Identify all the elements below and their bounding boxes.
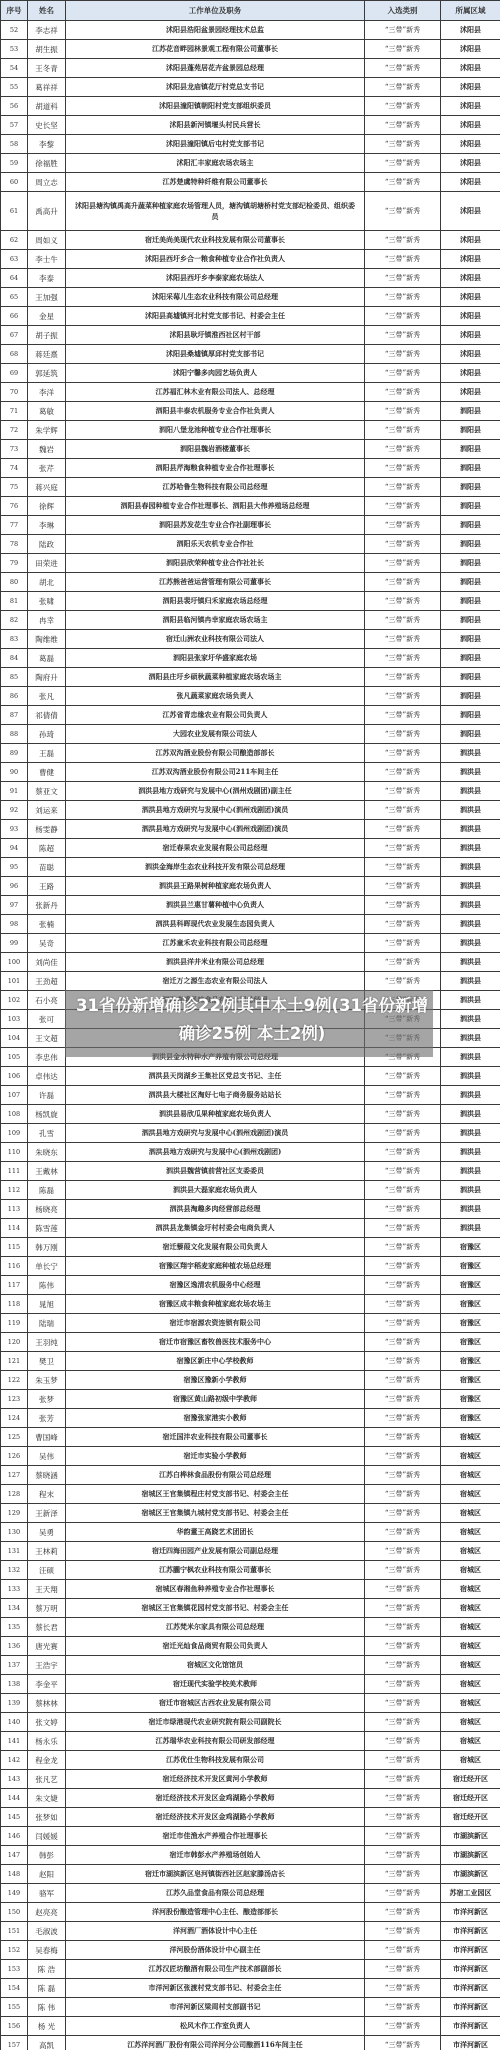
- table-row: 71葛敏泗阳县丰泰农机服务专业合作社负责人“三带”新秀泗阳县: [1, 402, 500, 421]
- area-cell: 宿豫区: [441, 1352, 500, 1371]
- row-number-cell: 97: [1, 896, 28, 915]
- row-number-cell: 102: [1, 991, 28, 1010]
- unit-position-cell: 大园农业发展有限公司法人: [66, 725, 365, 744]
- unit-position-cell: 泗洪县大磊家庭农场负责人: [66, 1181, 365, 1200]
- name-cell: 樊卫: [28, 1352, 66, 1371]
- area-cell: 宿城区: [441, 1504, 500, 1523]
- column-header-area: 所属区域: [441, 1, 500, 21]
- area-cell: 宿豫区: [441, 1371, 500, 1390]
- area-cell: 泗阳县: [441, 535, 500, 554]
- category-cell: “三带”新秀: [365, 1789, 441, 1808]
- category-cell: “三带”新秀: [365, 953, 441, 972]
- category-cell: “三带”新秀: [365, 972, 441, 991]
- name-cell: 陈雪莲: [28, 1219, 66, 1238]
- category-cell: “三带”新秀: [365, 40, 441, 59]
- name-cell: 韩彭: [28, 1846, 66, 1865]
- table-row: 83陶维维宿迁山洲农业科技有限公司法人“三带”新秀泗阳县: [1, 630, 500, 649]
- row-number-cell: 117: [1, 1276, 28, 1295]
- unit-position-cell: 泗洪县地方戏研究与发展中心(泗州戏剧团)演员: [66, 801, 365, 820]
- table-row: 93杨雯静泗洪县地方戏研究与发展中心(泗州戏剧团)演员“三带”新秀泗洪县: [1, 820, 500, 839]
- category-cell: “三带”新秀: [365, 1599, 441, 1618]
- unit-position-cell: 泗洪县魏营镇前营社区支委委员: [66, 1162, 365, 1181]
- row-number-cell: 84: [1, 649, 28, 668]
- name-cell: 杨凯旋: [28, 1105, 66, 1124]
- unit-position-cell: 宿城区春湘鱼种养殖专业合作社理事长: [66, 1580, 365, 1599]
- name-cell: 李琳: [28, 516, 66, 535]
- table-row: 140张文婷宿迁市绿港现代农业研究院有限公司副院长“三带”新秀宿城区: [1, 1713, 500, 1732]
- unit-position-cell: 泗洪县王路果树种植家庭农场负责人: [66, 877, 365, 896]
- category-cell: “三带”新秀: [365, 1162, 441, 1181]
- row-number-cell: 136: [1, 1637, 28, 1656]
- column-header-name: 姓名: [28, 1, 66, 21]
- table-row: 135蔡长君江苏梵米尔家具有限公司总经理“三带”新秀宿城区: [1, 1618, 500, 1637]
- column-header-unit: 工作单位及职务: [66, 1, 365, 21]
- category-cell: “三带”新秀: [365, 421, 441, 440]
- table-row: 127蔡晓涵江苏白桦林食品股份有限公司总经理“三带”新秀宿城区: [1, 1466, 500, 1485]
- area-cell: 苏宿工业园区: [441, 1884, 500, 1903]
- row-number-cell: 131: [1, 1542, 28, 1561]
- category-cell: “三带”新秀: [365, 1238, 441, 1257]
- table-row: 95苗聪泗洪金海岸生态农业科技开发有限公司总经理“三带”新秀泗洪县: [1, 858, 500, 877]
- row-number-cell: 86: [1, 687, 28, 706]
- category-cell: “三带”新秀: [365, 1504, 441, 1523]
- area-cell: 市洋河新区: [441, 2017, 500, 2036]
- row-number-cell: 78: [1, 535, 28, 554]
- table-row: 61禹高升沭阳县塘沟镇禹高升蔬菜种植家庭农场管理人员，塘沟镇胡塘桥村党支部纪检委…: [1, 192, 500, 231]
- area-cell: 沭阳县: [441, 154, 500, 173]
- unit-position-cell: 宿迁万之源生态农业有限公司法人: [66, 972, 365, 991]
- table-row: 132汪硕江苏朧宁枫农业科技有限公司董事长“三带”新秀宿城区: [1, 1561, 500, 1580]
- row-number-cell: 128: [1, 1485, 28, 1504]
- row-number-cell: 104: [1, 1029, 28, 1048]
- name-cell: 张啸: [28, 592, 66, 611]
- table-row: 72朱学辉泗阳八堡龙池种植专业合作社理事长“三带”新秀泗阳县: [1, 421, 500, 440]
- category-cell: “三带”新秀: [365, 497, 441, 516]
- name-cell: 禹高升: [28, 192, 66, 231]
- category-cell: “三带”新秀: [365, 592, 441, 611]
- name-cell: 朱文婕: [28, 1789, 66, 1808]
- area-cell: 泗阳县: [441, 459, 500, 478]
- name-cell: 张梦如: [28, 1808, 66, 1827]
- category-cell: “三带”新秀: [365, 1352, 441, 1371]
- area-cell: 泗洪县: [441, 820, 500, 839]
- name-cell: 周立志: [28, 173, 66, 192]
- area-cell: 宿城区: [441, 1561, 500, 1580]
- area-cell: 宿城区: [441, 1428, 500, 1447]
- area-cell: 泗洪县: [441, 1219, 500, 1238]
- unit-position-cell: 江苏福汇林木业有限公司法人、总经理: [66, 383, 365, 402]
- unit-position-cell: 沭阳县蓬苑居花卉盆景园总经理: [66, 59, 365, 78]
- unit-position-cell: 宿迁市宿豫区畜牧兽医技术服务中心: [66, 1333, 365, 1352]
- area-cell: 宿城区: [441, 1485, 500, 1504]
- area-cell: 泗洪县: [441, 915, 500, 934]
- name-cell: 曹健: [28, 763, 66, 782]
- name-cell: 唐光赛: [28, 1637, 66, 1656]
- name-cell: 杨永乐: [28, 1732, 66, 1751]
- category-cell: “三带”新秀: [365, 1086, 441, 1105]
- row-number-cell: 109: [1, 1124, 28, 1143]
- unit-position-cell: 宿迁市宿城区古西农业发展有限公司: [66, 1694, 365, 1713]
- category-cell: “三带”新秀: [365, 1409, 441, 1428]
- row-number-cell: 113: [1, 1200, 28, 1219]
- unit-position-cell: 泗洪金海岸生态农业科技开发有限公司总经理: [66, 858, 365, 877]
- table-row: 118晁旭宿豫区成丰粮食种植家庭农场农场主“三带”新秀宿豫区: [1, 1295, 500, 1314]
- row-number-cell: 88: [1, 725, 28, 744]
- name-cell: 李泰: [28, 269, 66, 288]
- name-cell: 李忠伟: [28, 1048, 66, 1067]
- table-row: 65王加强沭阳采莓儿生态农业科技有限公司总经理“三带”新秀沭阳县: [1, 288, 500, 307]
- name-cell: 刘运来: [28, 801, 66, 820]
- table-row: 54王冬青沭阳县蓬苑居花卉盆景园总经理“三带”新秀沭阳县: [1, 59, 500, 78]
- table-row: 63李士牛沭阳县西圩乡合一粮食种植专业合作社负责人“三带”新秀沭阳县: [1, 250, 500, 269]
- row-number-cell: 127: [1, 1466, 28, 1485]
- area-cell: 沭阳县: [441, 307, 500, 326]
- name-cell: 卓伟达: [28, 1067, 66, 1086]
- name-cell: 陈 磊: [28, 1979, 66, 1998]
- unit-position-cell: 泗洪县大楼社区淘好七电子商务服务站站长: [66, 1086, 365, 1105]
- category-cell: “三带”新秀: [365, 307, 441, 326]
- name-cell: 许磊: [28, 1086, 66, 1105]
- area-cell: 泗阳县: [441, 440, 500, 459]
- unit-position-cell: 江苏双沟酒业股份有限公司酿造部部长: [66, 744, 365, 763]
- area-cell: 沭阳县: [441, 231, 500, 250]
- unit-position-cell: 沭阳县浩阳盆景园经理技术总监: [66, 21, 365, 40]
- unit-position-cell: 泗洪县地方戏研究与发展中心(泗州戏剧团): [66, 1143, 365, 1162]
- area-cell: 泗洪县: [441, 1181, 500, 1200]
- table-row: 56胡道科沭阳县潼阳镇朝阳村党支部组织委员“三带”新秀沭阳县: [1, 97, 500, 116]
- name-cell: 蒋廷熹: [28, 345, 66, 364]
- table-row: 108杨凯旋泗洪县易欣瓜果种植家庭农场负责人“三带”新秀泗洪县: [1, 1105, 500, 1124]
- row-number-cell: 106: [1, 1067, 28, 1086]
- row-number-cell: 61: [1, 192, 28, 231]
- row-number-cell: 123: [1, 1390, 28, 1409]
- unit-position-cell: 洋河酒厂酒体设计中心主任: [66, 1922, 365, 1941]
- row-number-cell: 134: [1, 1599, 28, 1618]
- table-row: 137王浩宇宿城区文化馆馆员“三带”新秀宿城区: [1, 1656, 500, 1675]
- unit-position-cell: 泗阳县芹海粮食种植专业合作社理事长: [66, 459, 365, 478]
- area-cell: 沭阳县: [441, 269, 500, 288]
- category-cell: “三带”新秀: [365, 269, 441, 288]
- area-cell: 宿城区: [441, 1618, 500, 1637]
- table-row: 153陈 浩江苏汉匠坊酿酒有限公司生产技术部副部长“三带”新秀市洋河新区: [1, 1960, 500, 1979]
- unit-position-cell: 泗洪县地方戏研究与发展中心(泗州戏剧团)演员: [66, 1124, 365, 1143]
- row-number-cell: 144: [1, 1789, 28, 1808]
- category-cell: “三带”新秀: [365, 231, 441, 250]
- category-cell: “三带”新秀: [365, 554, 441, 573]
- name-cell: 韩万刚: [28, 1238, 66, 1257]
- unit-position-cell: 泗阳县庄圩乡硕秋蔬菜种植家庭农场农场主: [66, 668, 365, 687]
- row-number-cell: 110: [1, 1143, 28, 1162]
- unit-position-cell: 江苏花音畔园林景观工程有限公司董事长: [66, 40, 365, 59]
- category-cell: “三带”新秀: [365, 1181, 441, 1200]
- table-row: 69郭延筑沭阳宁馨多肉园艺场负责人“三带”新秀沭阳县: [1, 364, 500, 383]
- name-cell: 高凯: [28, 2036, 66, 2050]
- area-cell: 沭阳县: [441, 40, 500, 59]
- row-number-cell: 145: [1, 1808, 28, 1827]
- unit-position-cell: 宿豫区新庄中心学校教师: [66, 1352, 365, 1371]
- name-cell: 吴伟: [28, 1447, 66, 1466]
- unit-position-cell: 宿迁美尚美现代农业科技发展有限公司董事长: [66, 231, 365, 250]
- area-cell: 宿城区: [441, 1694, 500, 1713]
- name-cell: 蔡林林: [28, 1694, 66, 1713]
- category-cell: “三带”新秀: [365, 1276, 441, 1295]
- area-cell: 泗阳县: [441, 554, 500, 573]
- unit-position-cell: 泗洪县洋井米业有限公司总经理: [66, 953, 365, 972]
- area-cell: 宿豫区: [441, 1333, 500, 1352]
- table-row: 98张楠泗洪县科晖现代农业发展生态园负责人“三带”新秀泗洪县: [1, 915, 500, 934]
- row-number-cell: 60: [1, 173, 28, 192]
- unit-position-cell: 沭阳县桑墟镇厚邱村党支部书记: [66, 345, 365, 364]
- table-row: 157高凯江苏洋河酒厂股份有限公司洋河分公司酿酒116车间主任“三带”新秀市洋河…: [1, 2036, 500, 2050]
- category-cell: “三带”新秀: [365, 1124, 441, 1143]
- table-row: 62周如义宿迁美尚美现代农业科技发展有限公司董事长“三带”新秀沭阳县: [1, 231, 500, 250]
- category-cell: “三带”新秀: [365, 1865, 441, 1884]
- name-cell: 李金平: [28, 1675, 66, 1694]
- table-row: 52李志祥沭阳县浩阳盆景园经理技术总监“三带”新秀沭阳县: [1, 21, 500, 40]
- table-row: 148赵阳宿迁市湖滨新区皂河镇街西社区赵家滕汤店长“三带”新秀市湖滨新区: [1, 1865, 500, 1884]
- category-cell: “三带”新秀: [365, 1390, 441, 1409]
- unit-position-cell: 江苏熊爸爸运营管理有限公司董事长: [66, 573, 365, 592]
- unit-position-cell: 江苏久品堂食品有限公司总经理: [66, 1884, 365, 1903]
- category-cell: “三带”新秀: [365, 1751, 441, 1770]
- table-row: 149骆军江苏久品堂食品有限公司总经理“三带”新秀苏宿工业园区: [1, 1884, 500, 1903]
- unit-position-cell: 沭阳县西圩乡李泰家庭农场法人: [66, 269, 365, 288]
- row-number-cell: 96: [1, 877, 28, 896]
- row-number-cell: 94: [1, 839, 28, 858]
- unit-position-cell: 泗阳县魏岩酒楼董事长: [66, 440, 365, 459]
- table-row: 88孙琦大园农业发展有限公司法人“三带”新秀泗阳县: [1, 725, 500, 744]
- table-row: 111王戴林泗洪县魏营镇前营社区支委委员“三带”新秀泗洪县: [1, 1162, 500, 1181]
- name-cell: 杨雯静: [28, 820, 66, 839]
- row-number-cell: 156: [1, 2017, 28, 2036]
- name-cell: 李洋: [28, 383, 66, 402]
- row-number-cell: 103: [1, 1010, 28, 1029]
- area-cell: 沭阳县: [441, 326, 500, 345]
- area-cell: 泗洪县: [441, 1162, 500, 1181]
- row-number-cell: 119: [1, 1314, 28, 1333]
- table-row: 89王磊江苏双沟酒业股份有限公司酿造部部长“三带”新秀泗洪县: [1, 744, 500, 763]
- name-cell: 王天翔: [28, 1580, 66, 1599]
- table-row: 126吴伟宿迁市实验小学教师“三带”新秀宿城区: [1, 1447, 500, 1466]
- area-cell: 沭阳县: [441, 192, 500, 231]
- name-cell: 陈 伟: [28, 1998, 66, 2017]
- row-number-cell: 82: [1, 611, 28, 630]
- area-cell: 沭阳县: [441, 97, 500, 116]
- area-cell: 沭阳县: [441, 78, 500, 97]
- table-row: 133王天翔宿城区春湘鱼种养殖专业合作社理事长“三带”新秀宿城区: [1, 1580, 500, 1599]
- area-cell: 宿城区: [441, 1523, 500, 1542]
- unit-position-cell: 宿城区王官集镇九城村党支部书记、村委会主任: [66, 1504, 365, 1523]
- table-row: 64李泰沭阳县西圩乡李泰家庭农场法人“三带”新秀沭阳县: [1, 269, 500, 288]
- unit-position-cell: 宿豫区逸清农机服务中心经理: [66, 1276, 365, 1295]
- category-cell: “三带”新秀: [365, 1637, 441, 1656]
- name-cell: 周如义: [28, 231, 66, 250]
- table-row: 81张啸泗阳县裴圩镇归禾家庭农场总经理“三带”新秀泗阳县: [1, 592, 500, 611]
- table-row: 101王劲超宿迁万之源生态农业有限公司法人“三带”新秀泗洪县: [1, 972, 500, 991]
- area-cell: 市湖滨新区: [441, 1865, 500, 1884]
- table-row: 136唐光赛宿迁光灿食品商贸有限公司负责人“三带”新秀宿城区: [1, 1637, 500, 1656]
- row-number-cell: 70: [1, 383, 28, 402]
- area-cell: 宿城区: [441, 1466, 500, 1485]
- unit-position-cell: 宿迁光灿食品商贸有限公司负责人: [66, 1637, 365, 1656]
- row-number-cell: 141: [1, 1732, 28, 1751]
- category-cell: “三带”新秀: [365, 1105, 441, 1124]
- category-cell: “三带”新秀: [365, 1675, 441, 1694]
- row-number-cell: 155: [1, 1998, 28, 2017]
- column-header-no: 序号: [1, 1, 28, 21]
- category-cell: “三带”新秀: [365, 1694, 441, 1713]
- category-cell: “三带”新秀: [365, 1580, 441, 1599]
- name-cell: 王文超: [28, 1029, 66, 1048]
- area-cell: 沭阳县: [441, 288, 500, 307]
- category-cell: “三带”新秀: [365, 345, 441, 364]
- category-cell: “三带”新秀: [365, 839, 441, 858]
- table-row: 110朱晓东泗洪县地方戏研究与发展中心(泗州戏剧团)“三带”新秀泗洪县: [1, 1143, 500, 1162]
- category-cell: “三带”新秀: [365, 1523, 441, 1542]
- category-cell: “三带”新秀: [365, 1371, 441, 1390]
- area-cell: 泗阳县: [441, 478, 500, 497]
- area-cell: 泗洪县: [441, 896, 500, 915]
- category-cell: “三带”新秀: [365, 820, 441, 839]
- area-cell: 沭阳县: [441, 364, 500, 383]
- category-cell: “三带”新秀: [365, 573, 441, 592]
- name-cell: 闫媛媛: [28, 1827, 66, 1846]
- unit-position-cell: 宿迁春果农业发展有限公司总经理: [66, 839, 365, 858]
- row-number-cell: 85: [1, 668, 28, 687]
- unit-position-cell: 宿城区文化馆馆员: [66, 1656, 365, 1675]
- table-row: 75蒋兴庭江苏哈鲁生物科技有限公司总经理“三带”新秀泗阳县: [1, 478, 500, 497]
- name-cell: 陶府升: [28, 668, 66, 687]
- category-cell: “三带”新秀: [365, 326, 441, 345]
- table-row: 86张凡张凡蔬菜家庭农场负责人“三带”新秀泗阳县: [1, 687, 500, 706]
- area-cell: 泗洪县: [441, 1067, 500, 1086]
- name-cell: 张文婷: [28, 1713, 66, 1732]
- unit-position-cell: 松风木作工作室负责人: [66, 2017, 365, 2036]
- name-cell: 蒋兴庭: [28, 478, 66, 497]
- table-row: 131王林莉宿迁四海田园产业发展有限公司副总经理“三带”新秀宿城区: [1, 1542, 500, 1561]
- unit-position-cell: 沭阳县高墟镇河北村党支部书记、村委会主任: [66, 307, 365, 326]
- name-cell: 陈超: [28, 839, 66, 858]
- area-cell: 沭阳县: [441, 135, 500, 154]
- unit-position-cell: 宿迁市湖滨新区皂河镇街西社区赵家滕汤店长: [66, 1865, 365, 1884]
- unit-position-cell: 华韵董王高跷艺术团团长: [66, 1523, 365, 1542]
- category-cell: “三带”新秀: [365, 459, 441, 478]
- category-cell: “三带”新秀: [365, 154, 441, 173]
- category-cell: “三带”新秀: [365, 288, 441, 307]
- table-row: 59徐福胜沭阳汇丰家庭农场农场主“三带”新秀沭阳县: [1, 154, 500, 173]
- unit-position-cell: 江苏洋河酒厂股份有限公司洋河分公司酿酒116车间主任: [66, 2036, 365, 2050]
- name-cell: 胡生振: [28, 40, 66, 59]
- name-cell: 葛敏: [28, 402, 66, 421]
- row-number-cell: 72: [1, 421, 28, 440]
- area-cell: 泗阳县: [441, 668, 500, 687]
- category-cell: “三带”新秀: [365, 706, 441, 725]
- row-number-cell: 148: [1, 1865, 28, 1884]
- category-cell: “三带”新秀: [365, 1466, 441, 1485]
- name-cell: 孙琦: [28, 725, 66, 744]
- table-row: 142程金龙江苏优仕生物科技发展有限公司“三带”新秀宿城区: [1, 1751, 500, 1770]
- unit-position-cell: 市洋河新区张渡村党支部书记、村委会主任: [66, 1979, 365, 1998]
- area-cell: 宿豫区: [441, 1295, 500, 1314]
- row-number-cell: 68: [1, 345, 28, 364]
- area-cell: 泗洪县: [441, 953, 500, 972]
- area-cell: 宿迁经开区: [441, 1808, 500, 1827]
- table-row: 112陈磊泗洪县大磊家庭农场负责人“三带”新秀泗洪县: [1, 1181, 500, 1200]
- area-cell: 泗阳县: [441, 497, 500, 516]
- unit-position-cell: 宿迁市宿源农资连锁有限公司: [66, 1314, 365, 1333]
- row-number-cell: 74: [1, 459, 28, 478]
- area-cell: 泗洪县: [441, 858, 500, 877]
- unit-position-cell: 宿迁国沣农业科技有限公司董事长: [66, 1428, 365, 1447]
- unit-position-cell: 宿迁市韩彭水产养殖场创始人: [66, 1846, 365, 1865]
- name-cell: 田荣进: [28, 554, 66, 573]
- name-cell: 葛磊: [28, 649, 66, 668]
- unit-position-cell: 洋河股份酒体设计中心副主任: [66, 1941, 365, 1960]
- unit-position-cell: 沭阳宁馨多肉园艺场负责人: [66, 364, 365, 383]
- name-cell: 蔡亚文: [28, 782, 66, 801]
- row-number-cell: 135: [1, 1618, 28, 1637]
- unit-position-cell: 宿豫张家港实小教师: [66, 1409, 365, 1428]
- unit-position-cell: 宿豫区成丰粮食种植家庭农场农场主: [66, 1295, 365, 1314]
- table-row: 138李金平宿迁现代实验学校美术教师“三带”新秀宿城区: [1, 1675, 500, 1694]
- table-row: 124张芳宿豫张家港实小教师“三带”新秀宿豫区: [1, 1409, 500, 1428]
- category-cell: “三带”新秀: [365, 1941, 441, 1960]
- table-row: 115韩万刚宿迁藜葭文化发展有限公司负责人“三带”新秀宿豫区: [1, 1238, 500, 1257]
- unit-position-cell: 泗阳县欣荣种植专业合作社社长: [66, 554, 365, 573]
- row-number-cell: 122: [1, 1371, 28, 1390]
- name-cell: 张楠: [28, 915, 66, 934]
- row-number-cell: 93: [1, 820, 28, 839]
- category-cell: “三带”新秀: [365, 1903, 441, 1922]
- area-cell: 宿城区: [441, 1599, 500, 1618]
- table-row: 113杨晓亮泗洪县淘趣多肉经营部总经理“三带”新秀泗洪县: [1, 1200, 500, 1219]
- table-row: 156杨 光松风木作工作室负责人“三带”新秀市洋河新区: [1, 2017, 500, 2036]
- unit-position-cell: 江苏哈鲁生物科技有限公司总经理: [66, 478, 365, 497]
- category-cell: “三带”新秀: [365, 516, 441, 535]
- table-row: 122朱玉梦宿豫区豫新小学教师“三带”新秀宿豫区: [1, 1371, 500, 1390]
- row-number-cell: 111: [1, 1162, 28, 1181]
- news-headline-text[interactable]: 31省份新增确诊22例其中本土9例(31省份新增确诊25例 本土2例): [72, 992, 432, 1048]
- category-cell: “三带”新秀: [365, 1656, 441, 1675]
- table-row: 79田荣进泗阳县欣荣种植专业合作社社长“三带”新秀泗阳县: [1, 554, 500, 573]
- area-cell: 宿豫区: [441, 1314, 500, 1333]
- name-cell: 魏岩: [28, 440, 66, 459]
- category-cell: “三带”新秀: [365, 364, 441, 383]
- table-row: 87祁倩倩江苏省青忠缘农业有限公司负责人“三带”新秀泗阳县: [1, 706, 500, 725]
- unit-position-cell: 沭阳县塘沟镇禹高升蔬菜种植家庭农场管理人员，塘沟镇胡塘桥村党支部纪检委员、组织委…: [66, 192, 365, 231]
- table-row: 107许磊泗洪县大楼社区淘好七电子商务服务站站长“三带”新秀泗洪县: [1, 1086, 500, 1105]
- name-cell: 吴勇: [28, 1523, 66, 1542]
- row-number-cell: 133: [1, 1580, 28, 1599]
- row-number-cell: 151: [1, 1922, 28, 1941]
- name-cell: 程末: [28, 1485, 66, 1504]
- category-cell: “三带”新秀: [365, 1333, 441, 1352]
- table-row: 99吴奇江苏童禾农业科技有限公司总经理“三带”新秀泗洪县: [1, 934, 500, 953]
- name-cell: 朱玉梦: [28, 1371, 66, 1390]
- category-cell: “三带”新秀: [365, 383, 441, 402]
- area-cell: 泗阳县: [441, 611, 500, 630]
- row-number-cell: 140: [1, 1713, 28, 1732]
- unit-position-cell: 泗洪县地方戏研究与发展中心(泗州戏剧团)演员: [66, 820, 365, 839]
- row-number-cell: 55: [1, 78, 28, 97]
- name-cell: 王戴林: [28, 1162, 66, 1181]
- name-cell: 陆瑞: [28, 1314, 66, 1333]
- table-row: 143张凡艺宿迁经济技术开发区黄河小学教师“三带”新秀宿迁经开区: [1, 1770, 500, 1789]
- unit-position-cell: 泗阳县丰泰农机服务专业合作社负责人: [66, 402, 365, 421]
- table-row: 139蔡林林宿迁市宿城区古西农业发展有限公司“三带”新秀宿城区: [1, 1694, 500, 1713]
- unit-position-cell: 沭阳县耿圩镇淮西社区村干部: [66, 326, 365, 345]
- area-cell: 市洋河新区: [441, 1960, 500, 1979]
